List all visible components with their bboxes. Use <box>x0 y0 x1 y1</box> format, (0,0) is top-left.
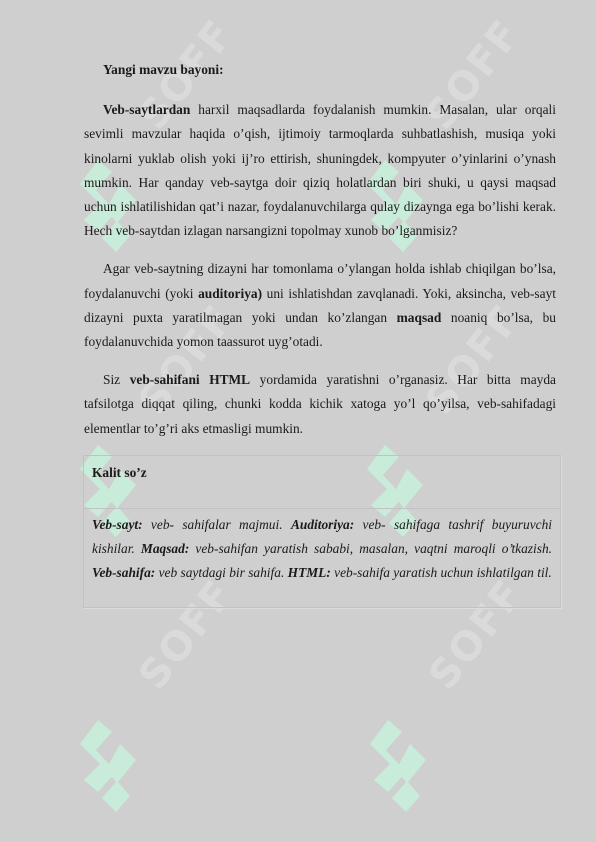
section-heading: Yangi mavzu bayoni: <box>84 58 556 82</box>
bold-term: Veb-saytlardan <box>103 102 190 117</box>
text-run: harxil maqsadlarda foydalanish mumkin. M… <box>84 102 556 238</box>
text-run: Siz <box>103 372 130 387</box>
paragraph: Siz veb-sahifani HTML yordamida yaratish… <box>84 368 556 441</box>
text-run: veb-sahifa yaratish uchun ishlatilgan ti… <box>331 565 552 580</box>
bold-term: Auditoriya: <box>291 517 354 532</box>
bold-term: veb-sahifani HTML <box>130 372 250 387</box>
bold-term: maqsad <box>397 310 442 325</box>
bold-term: HTML: <box>288 565 331 580</box>
keywords-definitions: Veb-sayt: veb- sahifalar majmui. Auditor… <box>84 509 560 608</box>
soff-logo-icon <box>78 720 138 820</box>
keywords-title: Kalit so’z <box>84 456 560 509</box>
paragraph: Veb-saytlardan harxil maqsadlarda foydal… <box>84 98 556 243</box>
paragraph: Agar veb-saytning dizayni har tomonlama … <box>84 257 556 354</box>
soff-logo-icon <box>368 720 428 820</box>
text-run: veb-sahifan yaratish sababi, masalan, va… <box>189 541 552 556</box>
bold-term: Veb-sahifa: <box>92 565 155 580</box>
bold-term: auditoriya) <box>198 286 262 301</box>
keywords-box: Kalit so’z Veb-sayt: veb- sahifalar majm… <box>83 455 561 609</box>
document-page: Yangi mavzu bayoni: Veb-saytlardan harxi… <box>84 58 556 608</box>
bold-term: Maqsad: <box>141 541 189 556</box>
text-run: veb saytdagi bir sahifa. <box>155 565 287 580</box>
bold-term: Veb-sayt: <box>92 517 143 532</box>
watermark: SOFF <box>78 660 218 820</box>
text-run: veb- sahifalar majmui. <box>143 517 291 532</box>
watermark: SOFF <box>368 660 508 820</box>
